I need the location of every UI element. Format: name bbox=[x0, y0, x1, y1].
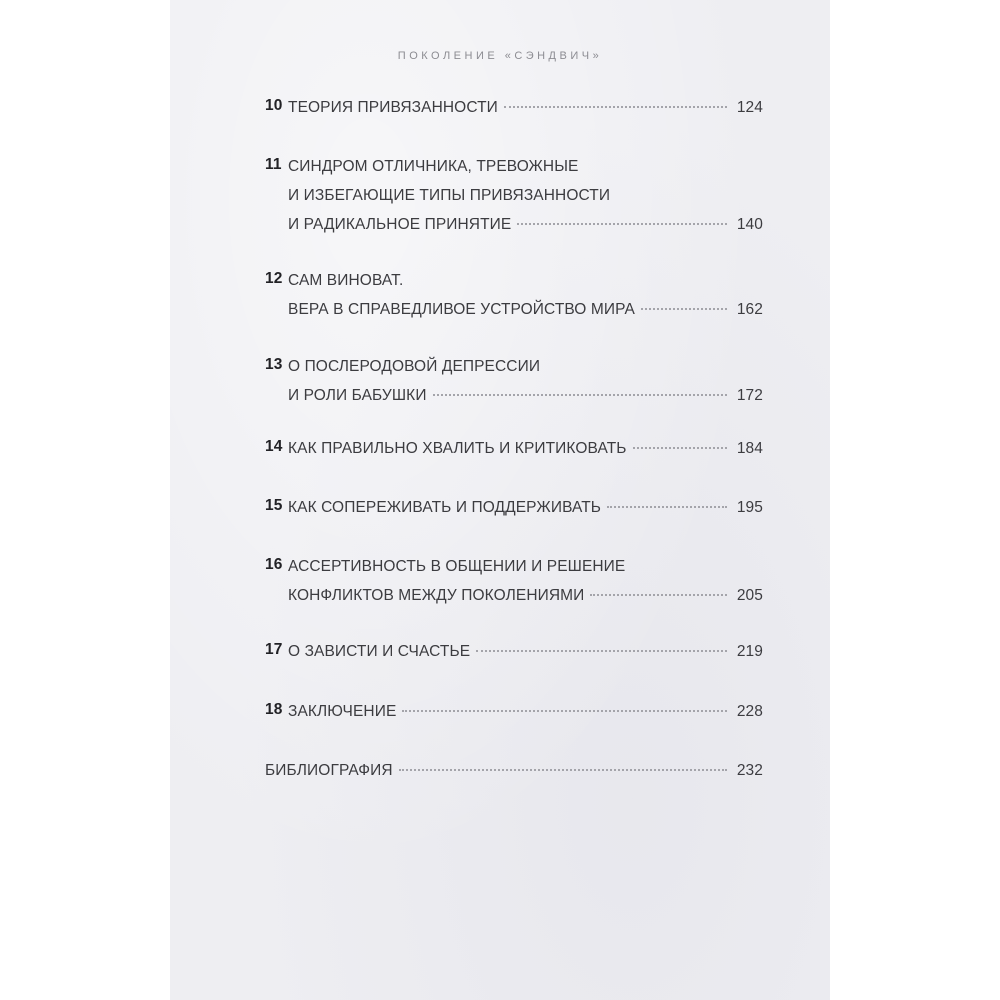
page-number: 184 bbox=[733, 438, 763, 460]
page-number: 172 bbox=[733, 385, 763, 407]
toc-entry: 10ТЕОРИЯ ПРИВЯЗАННОСТИ124 bbox=[265, 97, 763, 126]
toc-entry: 17О ЗАВИСТИ И СЧАСТЬЕ219 bbox=[265, 641, 763, 670]
chapter-title-line: КАК ПРАВИЛЬНО ХВАЛИТЬ И КРИТИКОВАТЬ bbox=[288, 438, 627, 460]
chapter-number: 17 bbox=[265, 641, 287, 659]
page-number: 195 bbox=[733, 497, 763, 519]
chapter-number: 12 bbox=[265, 270, 287, 288]
chapter-title-line: САМ ВИНОВАТ. bbox=[288, 272, 403, 289]
dot-leader bbox=[633, 446, 727, 449]
chapter-number: 14 bbox=[265, 438, 287, 456]
chapter-number: 11 bbox=[265, 156, 287, 174]
page-number: 232 bbox=[733, 760, 763, 782]
dot-leader bbox=[402, 709, 727, 712]
dot-leader bbox=[433, 393, 727, 396]
chapter-title-line: ВЕРА В СПРАВЕДЛИВОЕ УСТРОЙСТВО МИРА bbox=[288, 299, 635, 321]
chapter-title-line: СИНДРОМ ОТЛИЧНИКА, ТРЕВОЖНЫЕ bbox=[288, 158, 579, 175]
toc-entry: 14КАК ПРАВИЛЬНО ХВАЛИТЬ И КРИТИКОВАТЬ184 bbox=[265, 438, 763, 467]
page-number: 140 bbox=[733, 214, 763, 236]
page-number: 205 bbox=[733, 585, 763, 607]
chapter-title-line: АССЕРТИВНОСТЬ В ОБЩЕНИИ И РЕШЕНИЕ bbox=[288, 558, 625, 575]
dot-leader bbox=[641, 307, 727, 310]
dot-leader bbox=[590, 593, 727, 596]
dot-leader bbox=[517, 222, 727, 225]
toc-entry: 13О ПОСЛЕРОДОВОЙ ДЕПРЕССИИИ РОЛИ БАБУШКИ… bbox=[265, 356, 763, 414]
chapter-title-line: О ЗАВИСТИ И СЧАСТЬЕ bbox=[288, 641, 470, 663]
toc-entry: 12САМ ВИНОВАТ.ВЕРА В СПРАВЕДЛИВОЕ УСТРОЙ… bbox=[265, 270, 763, 328]
page-number: 228 bbox=[733, 701, 763, 723]
toc-entry: 15КАК СОПЕРЕЖИВАТЬ И ПОДДЕРЖИВАТЬ195 bbox=[265, 497, 763, 526]
dot-leader bbox=[399, 768, 727, 771]
chapter-number: 16 bbox=[265, 556, 287, 574]
chapter-title-line: БИБЛИОГРАФИЯ bbox=[265, 760, 393, 782]
chapter-number: 10 bbox=[265, 97, 287, 115]
chapter-title-line: ТЕОРИЯ ПРИВЯЗАННОСТИ bbox=[288, 97, 498, 119]
chapter-number: 13 bbox=[265, 356, 287, 374]
dot-leader bbox=[476, 649, 727, 652]
toc-entry: 18ЗАКЛЮЧЕНИЕ228 bbox=[265, 701, 763, 730]
page-number: 124 bbox=[733, 97, 763, 119]
chapter-title-line: И РОЛИ БАБУШКИ bbox=[288, 385, 427, 407]
chapter-title-line: О ПОСЛЕРОДОВОЙ ДЕПРЕССИИ bbox=[288, 358, 540, 375]
chapter-title-line: И ИЗБЕГАЮЩИЕ ТИПЫ ПРИВЯЗАННОСТИ bbox=[288, 187, 610, 204]
toc-entry: БИБЛИОГРАФИЯ232 bbox=[265, 760, 763, 789]
chapter-title-line: И РАДИКАЛЬНОЕ ПРИНЯТИЕ bbox=[288, 214, 511, 236]
chapter-number: 18 bbox=[265, 701, 287, 719]
chapter-title-line: КАК СОПЕРЕЖИВАТЬ И ПОДДЕРЖИВАТЬ bbox=[288, 497, 601, 519]
toc-entry: 16АССЕРТИВНОСТЬ В ОБЩЕНИИ И РЕШЕНИЕКОНФЛ… bbox=[265, 556, 763, 614]
dot-leader bbox=[504, 105, 727, 108]
chapter-number: 15 bbox=[265, 497, 287, 515]
dot-leader bbox=[607, 505, 727, 508]
toc-entry: 11СИНДРОМ ОТЛИЧНИКА, ТРЕВОЖНЫЕИ ИЗБЕГАЮЩ… bbox=[265, 156, 763, 243]
chapter-title-line: КОНФЛИКТОВ МЕЖДУ ПОКОЛЕНИЯМИ bbox=[288, 585, 584, 607]
page-number: 162 bbox=[733, 299, 763, 321]
chapter-title-line: ЗАКЛЮЧЕНИЕ bbox=[288, 701, 396, 723]
book-page: ПОКОЛЕНИЕ «СЭНДВИЧ» 10ТЕОРИЯ ПРИВЯЗАННОС… bbox=[170, 0, 830, 1000]
running-head: ПОКОЛЕНИЕ «СЭНДВИЧ» bbox=[170, 50, 830, 62]
page-number: 219 bbox=[733, 641, 763, 663]
